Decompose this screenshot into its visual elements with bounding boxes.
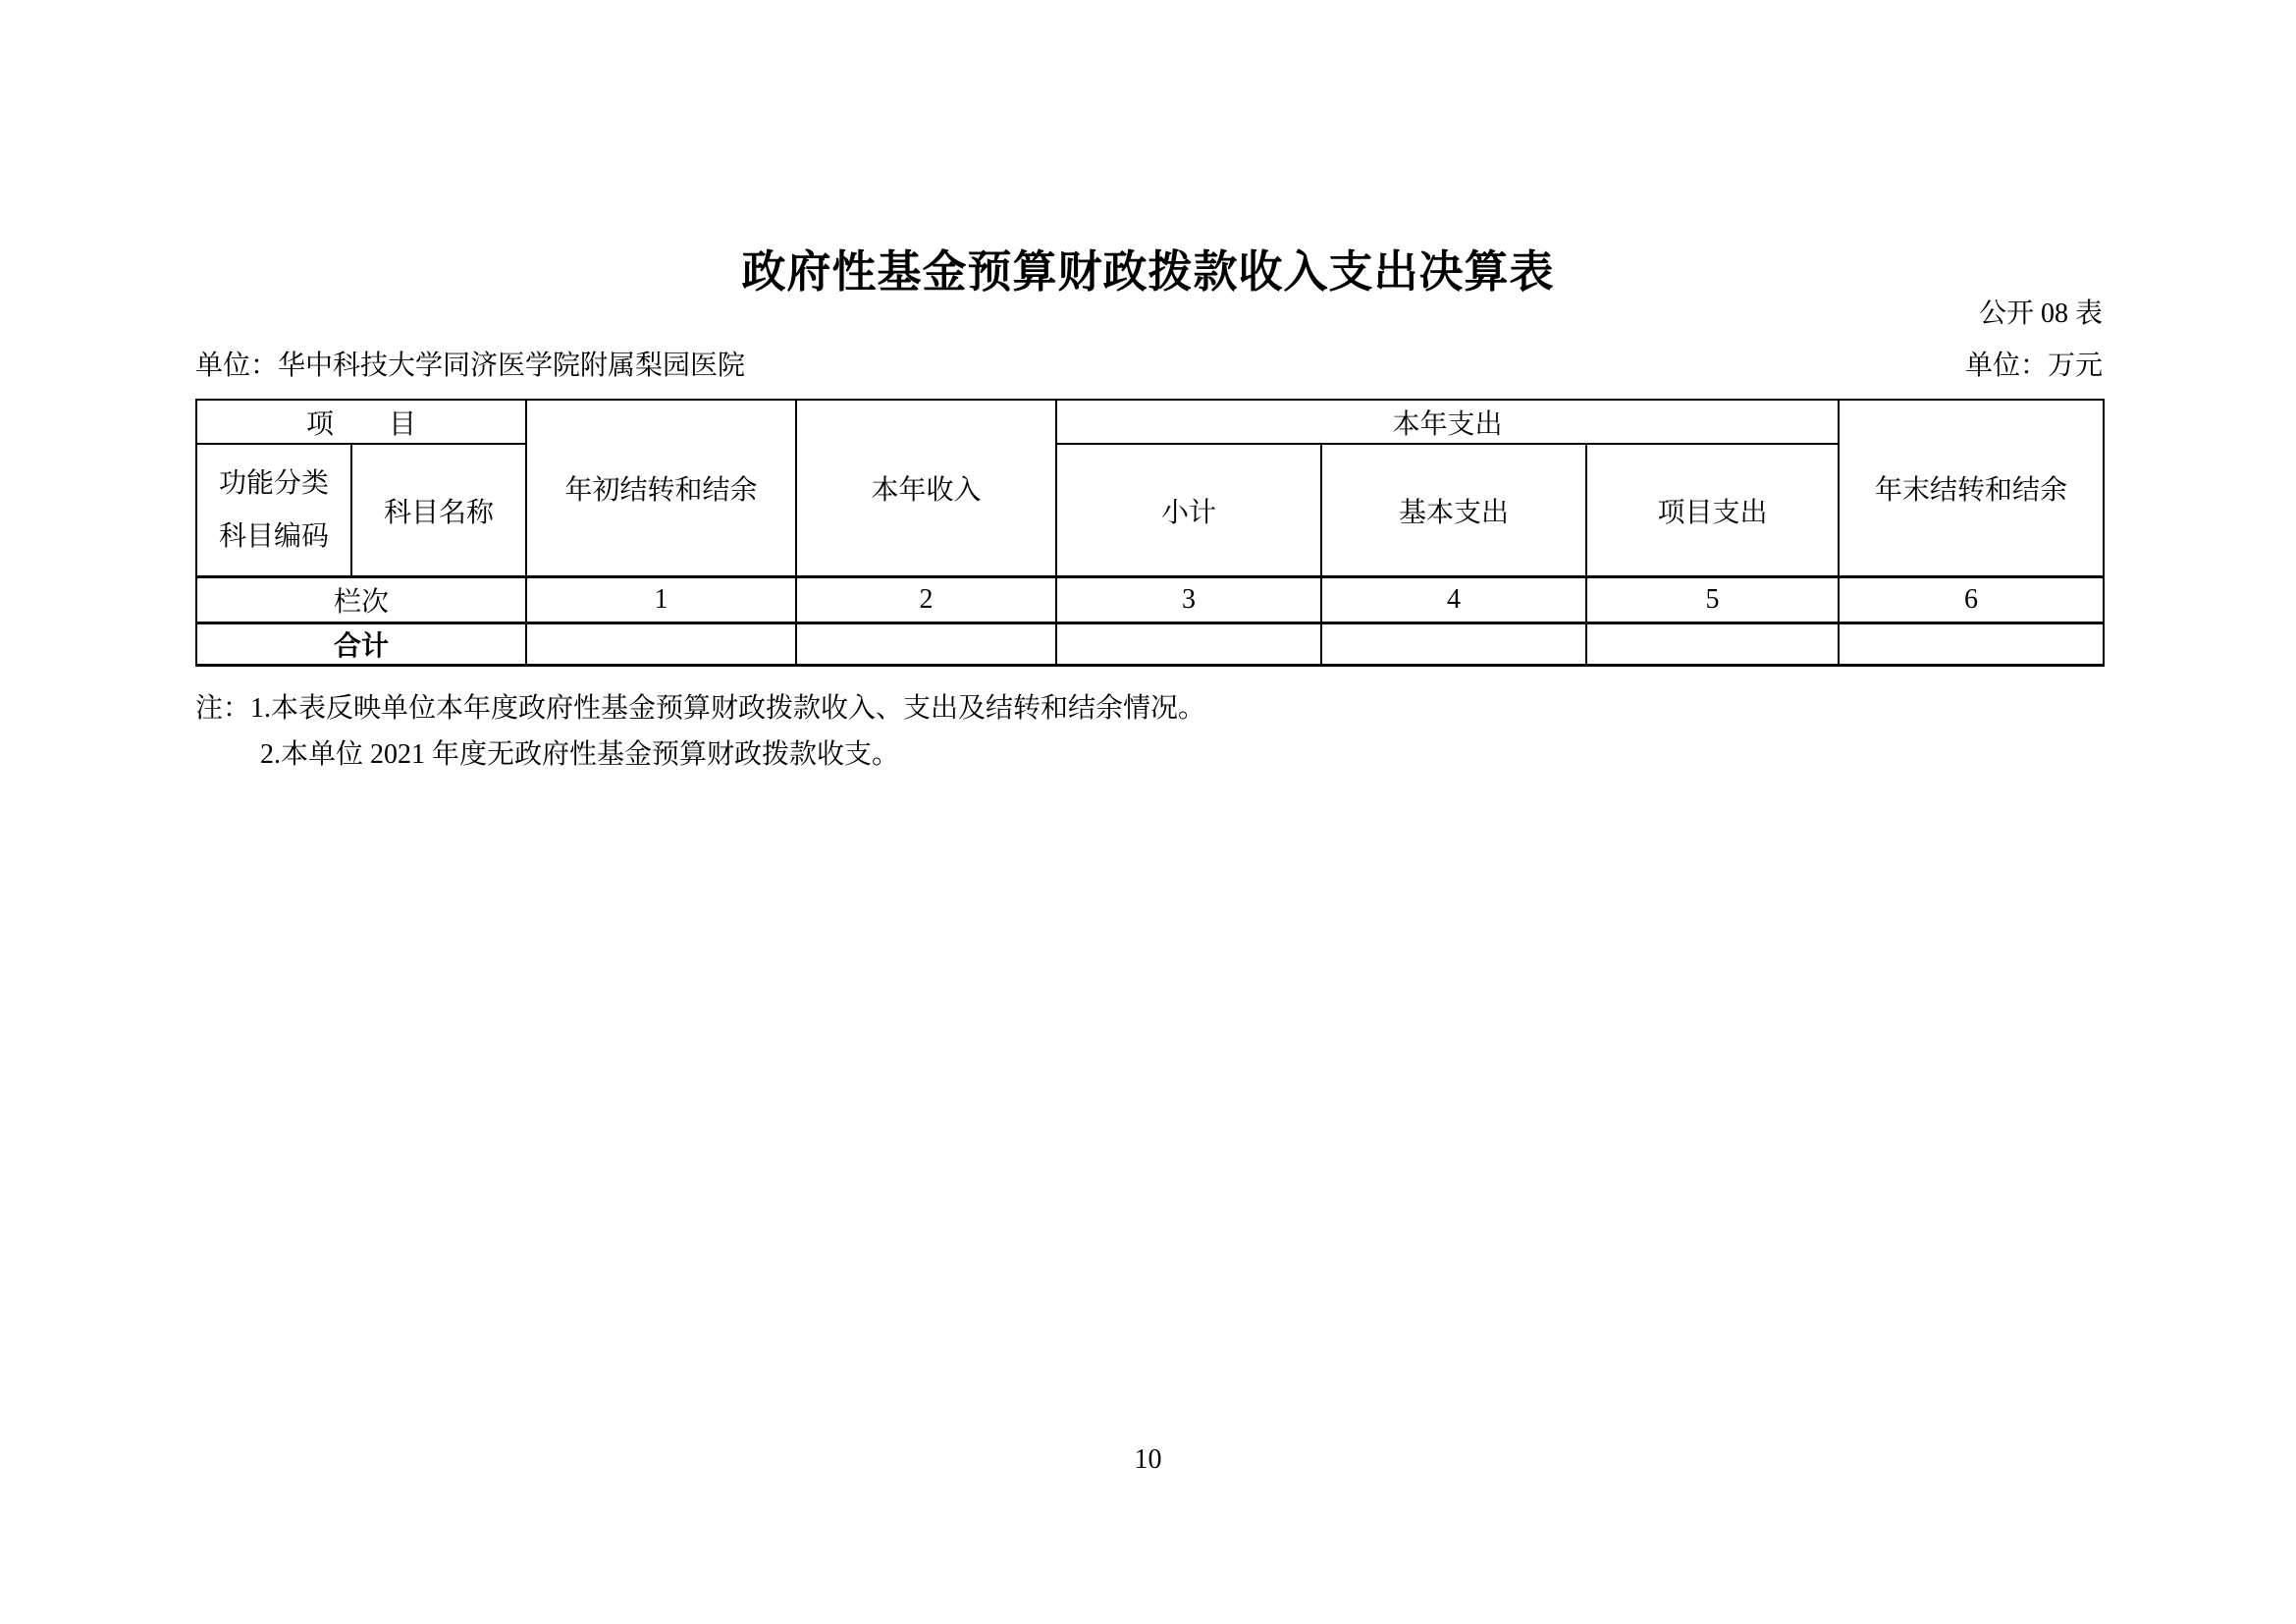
page-title: 政府性基金预算财政拨款收入支出决算表	[0, 236, 2296, 299]
total-cell-2	[796, 623, 1056, 666]
unit-name-label: 单位：华中科技大学同济医学院附属梨园医院	[195, 344, 745, 383]
header-subtotal: 小计	[1056, 444, 1321, 577]
header-end-balance: 年末结转和结余	[1839, 400, 2104, 577]
column-index-row: 栏次 1 2 3 4 5 6	[196, 577, 2104, 623]
column-index-3: 3	[1056, 577, 1321, 623]
total-cell-3	[1056, 623, 1321, 666]
header-current-income: 本年收入	[796, 400, 1056, 577]
currency-unit-label: 单位：万元	[1965, 344, 2103, 383]
column-index-4: 4	[1321, 577, 1586, 623]
header-row-top: 项 目 年初结转和结余 本年收入 本年支出 年末结转和结余	[196, 400, 2104, 444]
header-row-sub: 功能分类 科目编码 科目名称 小计 基本支出 项目支出	[196, 444, 2104, 577]
column-index-6: 6	[1839, 577, 2104, 623]
total-row-label: 合计	[196, 623, 526, 666]
header-basic-expense: 基本支出	[1321, 444, 1586, 577]
header-current-expense-group: 本年支出	[1056, 400, 1839, 444]
note-line-1: 注：1.本表反映单位本年度政府性基金预算财政拨款收入、支出及结转和结余情况。	[195, 686, 2103, 732]
header-project-expense: 项目支出	[1586, 444, 1839, 577]
column-index-label: 栏次	[196, 577, 526, 623]
header-begin-balance: 年初结转和结余	[526, 400, 796, 577]
note-line-2: 2.本单位 2021 年度无政府性基金预算财政拨款收支。	[195, 732, 2103, 772]
table-code-label: 公开 08 表	[1979, 292, 2103, 331]
header-function-code: 功能分类 科目编码	[196, 444, 351, 577]
header-subject-name: 科目名称	[351, 444, 526, 577]
column-index-2: 2	[796, 577, 1056, 623]
total-cell-1	[526, 623, 796, 666]
total-cell-6	[1839, 623, 2104, 666]
column-index-1: 1	[526, 577, 796, 623]
document-page: 政府性基金预算财政拨款收入支出决算表 公开 08 表 单位：华中科技大学同济医学…	[0, 0, 2296, 1624]
column-index-5: 5	[1586, 577, 1839, 623]
page-number: 10	[0, 1444, 2296, 1476]
header-item-group: 项 目	[196, 400, 526, 444]
total-cell-5	[1586, 623, 1839, 666]
total-cell-4	[1321, 623, 1586, 666]
table-notes: 注：1.本表反映单位本年度政府性基金预算财政拨款收入、支出及结转和结余情况。 2…	[195, 686, 2103, 772]
total-row: 合计	[196, 623, 2104, 666]
budget-table: 项 目 年初结转和结余 本年收入 本年支出 年末结转和结余 功能分类 科目编码 …	[195, 399, 2105, 667]
meta-line: 单位：华中科技大学同济医学院附属梨园医院 单位：万元	[195, 344, 2103, 383]
